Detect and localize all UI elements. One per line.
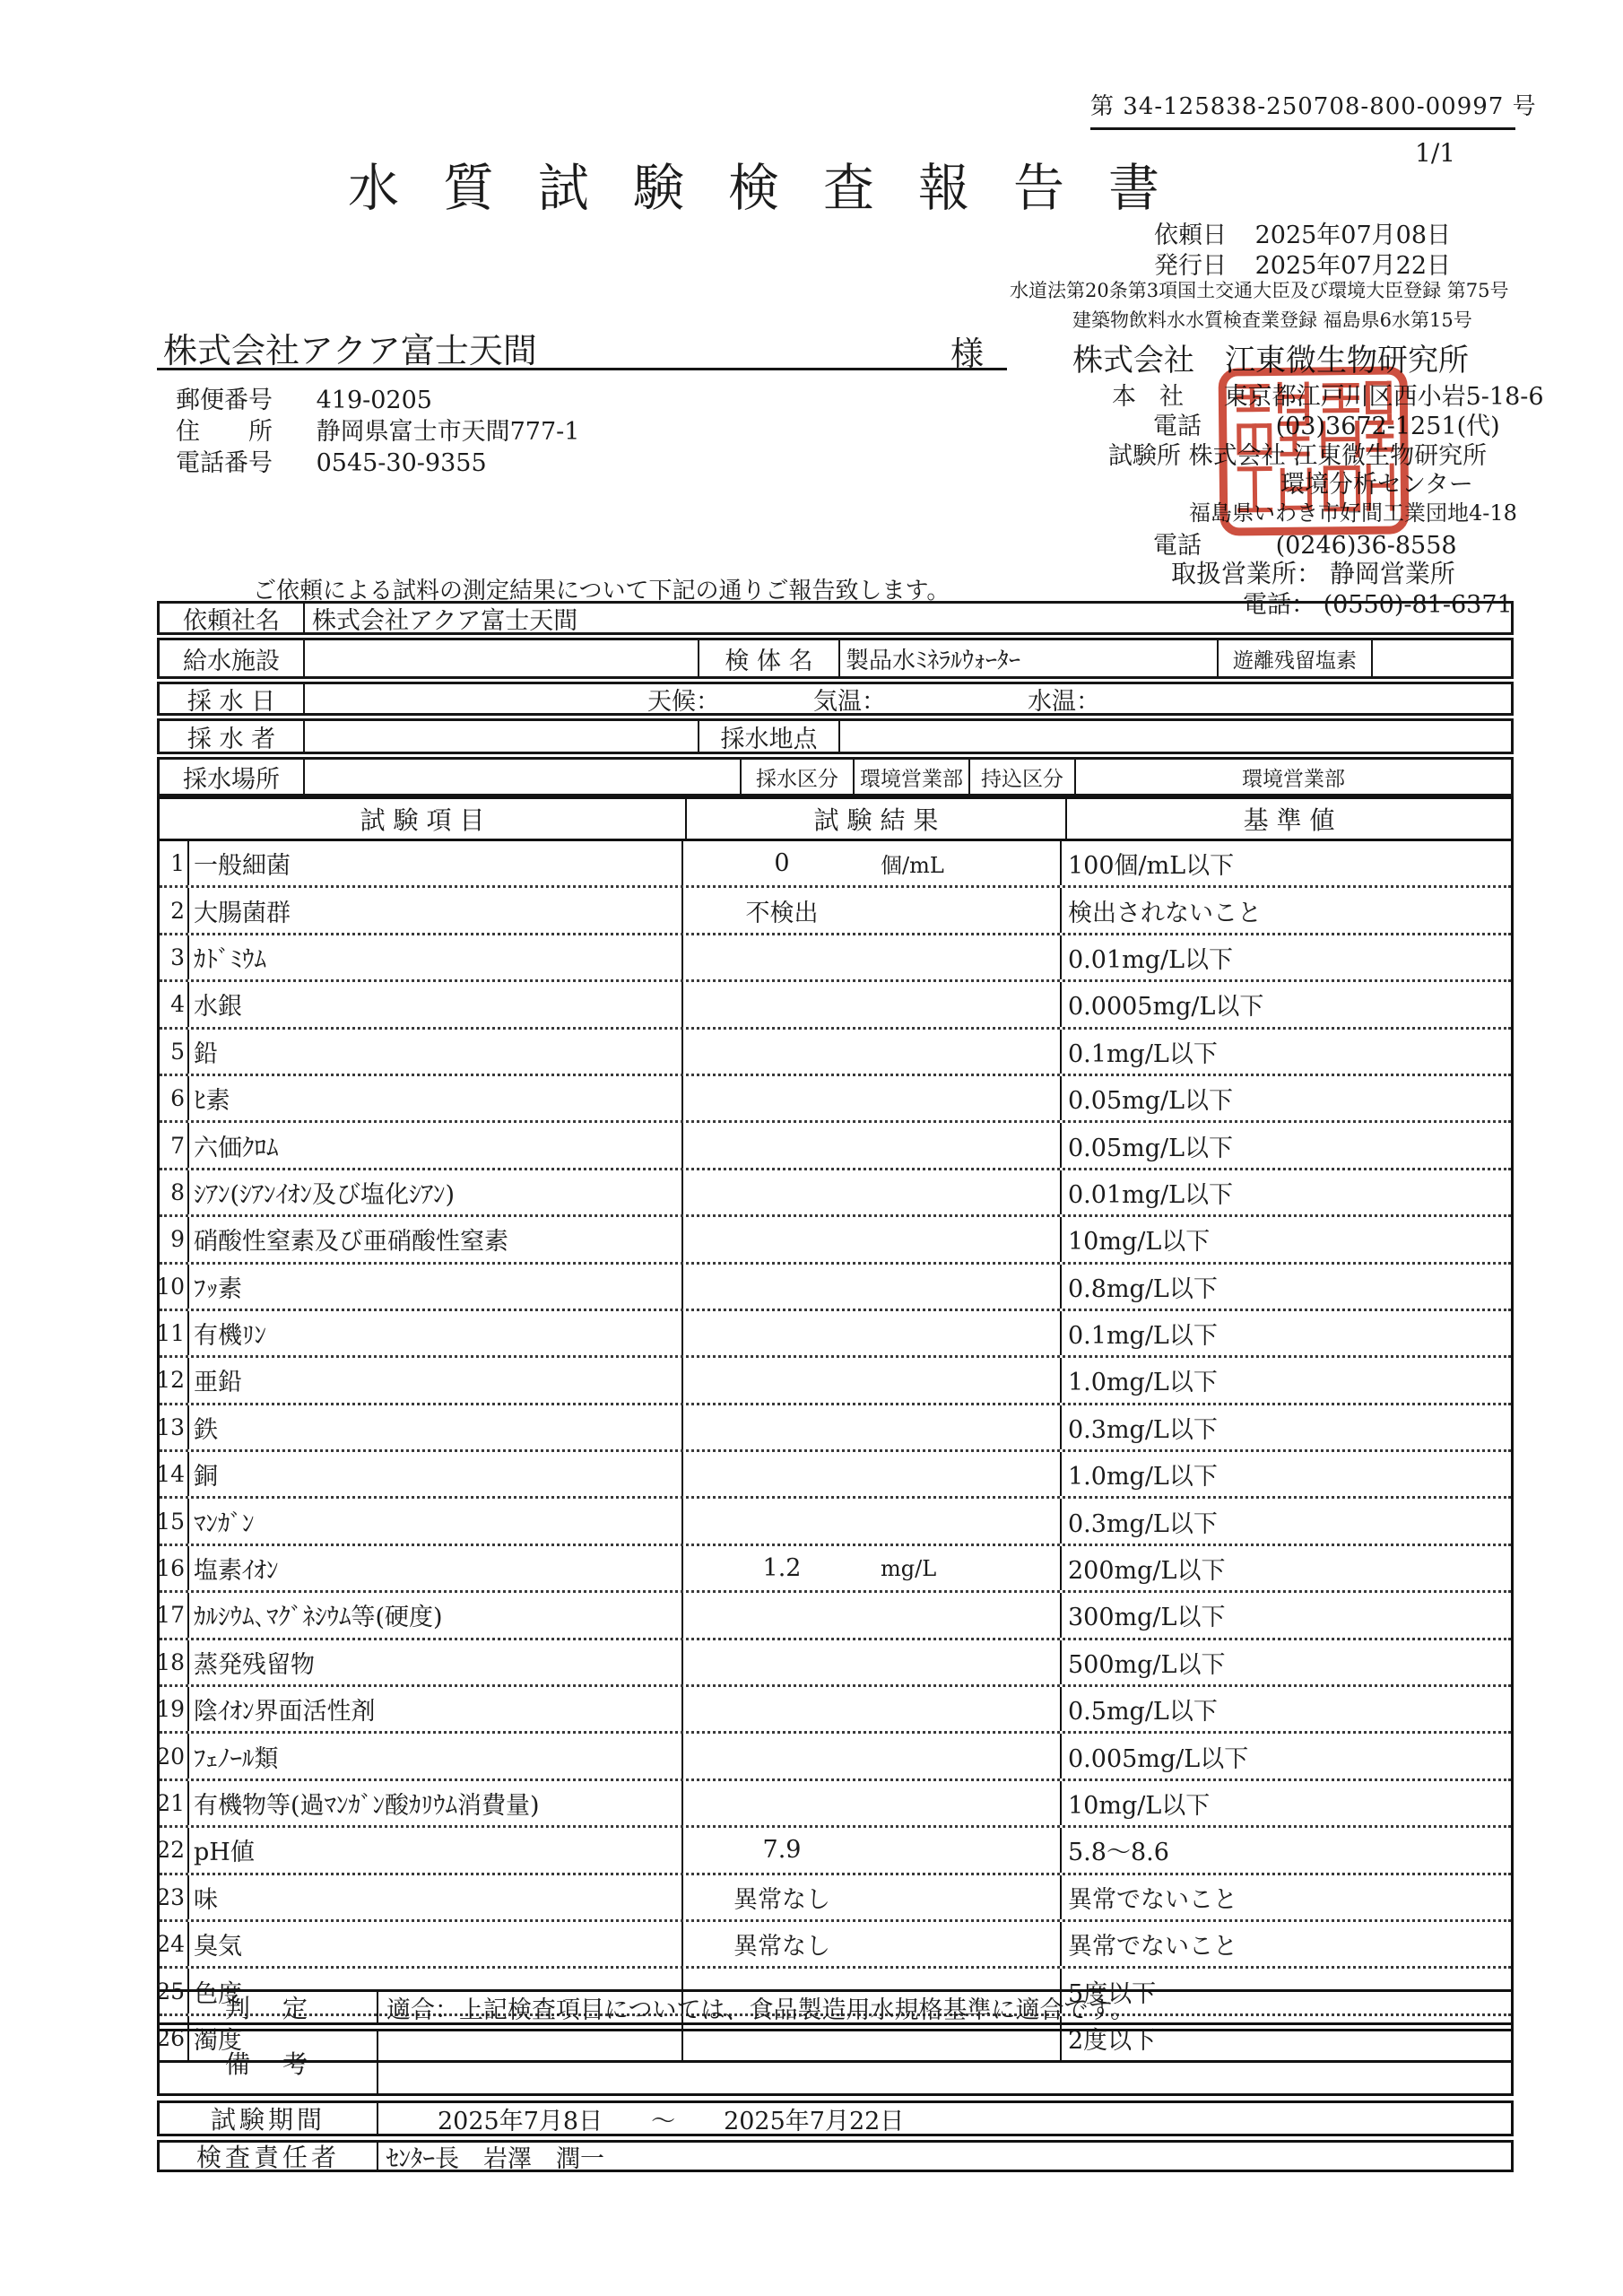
table-row: 6 ﾋ素 0.05mg/L以下 [160,1076,1511,1123]
test-period-label: 試験期間 [160,2103,378,2134]
result-value: 7.9 [683,1836,881,1864]
sample-name-label: 検 体 名 [699,640,840,676]
test-result-cell [683,1734,1062,1778]
row-number: 23 [160,1875,189,1919]
test-item-cell: 臭気 [189,1922,683,1966]
residual-chlorine-label: 遊離残留塩素 [1219,640,1373,676]
test-item-cell: 陰ｲｵﾝ界面活性剤 [189,1687,683,1731]
test-item-cell: 有機ﾘﾝ [189,1311,683,1355]
test-result-cell [683,1358,1062,1402]
result-value: 0 [683,849,881,877]
standard-value-cell: 500mg/L以下 [1062,1640,1511,1684]
residual-chlorine-value [1373,640,1511,676]
test-item-cell: 塩素ｲｵﾝ [189,1546,683,1590]
test-item-cell: 亜鉛 [189,1358,683,1402]
header-standard-value: 基 準 値 [1067,799,1511,839]
standard-value-cell: 1.0mg/L以下 [1062,1358,1511,1402]
table-row: 19 陰ｲｵﾝ界面活性剤 0.5mg/L以下 [160,1687,1511,1734]
row-number: 5 [160,1030,189,1074]
row-number: 18 [160,1640,189,1684]
standard-value-cell: 検出されないこと [1062,888,1511,932]
test-result-cell [683,1593,1062,1637]
test-result-cell [683,935,1062,979]
judgement-label: 判 定 [160,1992,378,2022]
test-result-cell [683,1687,1062,1731]
sample-info-table: 依頼社名 株式会社アクア富士天間 給水施設 検 体 名 製品水ﾐﾈﾗﾙｳｫｰﾀｰ… [157,601,1514,799]
test-item-cell: 水銀 [189,982,683,1026]
sampling-conditions: 天候： 気温： 水温： [305,684,1511,713]
client-postal-line: 郵便番号 419-0205 [176,380,432,415]
test-period-box: 試験期間 2025年7月8日 〜 2025年7月22日 [157,2100,1514,2136]
standard-value-cell: 0.3mg/L以下 [1062,1499,1511,1543]
test-result-cell [683,1405,1062,1449]
standard-value-cell: 200mg/L以下 [1062,1546,1511,1590]
standard-value-cell: 100個/mL以下 [1062,841,1511,885]
table-row: 7 六価ｸﾛﾑ 0.05mg/L以下 [160,1123,1511,1170]
standard-value-cell: 異常でないこと [1062,1922,1511,1966]
test-item-cell: ﾌｯ素 [189,1265,683,1309]
remarks-box: 備 考 [157,2029,1514,2096]
info-row-sampler: 採 水 者 採水地点 [157,718,1514,754]
test-result-cell [683,1781,1062,1825]
test-result-cell [683,1030,1062,1074]
row-number: 24 [160,1922,189,1966]
row-number: 9 [160,1217,189,1261]
document-number: 第 34-125838-250708-800-00997 号 [1090,88,1515,130]
company-seal-stamp [1217,365,1410,537]
row-number: 20 [160,1734,189,1778]
page-title: 水質試験検査報告書 [348,147,1203,221]
row-number: 4 [160,982,189,1026]
client-postal-value: 419-0205 [317,387,432,414]
row-number: 22 [160,1828,189,1872]
air-temp-label: 気温： [813,682,886,717]
row-number: 16 [160,1546,189,1590]
page-number: 1/1 [1415,138,1455,168]
judgement-value: 適合：上記検査項目については、食品製造用水規格基準に適合です。 [378,1992,1511,2022]
sample-name-value: 製品水ﾐﾈﾗﾙｳｫｰﾀｰ [840,640,1219,676]
sampling-point-label: 採水地点 [699,721,840,752]
registration-line-1: 水道法第20条第3項国土交通大臣及び環境大臣登録 第75号 [1010,276,1508,303]
test-result-cell: 0 個/mL [683,841,1062,885]
test-item-cell: 味 [189,1875,683,1919]
row-number: 17 [160,1593,189,1637]
client-phone-value: 0545-30-9355 [317,449,487,477]
table-row: 5 鉛 0.1mg/L以下 [160,1030,1511,1076]
test-item-cell: 硝酸性窒素及び亜硝酸性窒素 [189,1217,683,1261]
row-number: 8 [160,1170,189,1214]
test-result-cell [683,1217,1062,1261]
table-row: 20 ﾌｪﾉｰﾙ類 0.005mg/L以下 [160,1734,1511,1780]
table-row: 4 水銀 0.0005mg/L以下 [160,982,1511,1029]
client-phone-label: 電話番号 [176,443,308,478]
client-name-value: 株式会社アクア富士天間 [305,604,1511,632]
row-number: 7 [160,1123,189,1167]
sampling-division-value: 環境営業部 [855,760,970,794]
remarks-value [378,2031,1511,2093]
table-row: 10 ﾌｯ素 0.8mg/L以下 [160,1265,1511,1311]
row-number: 11 [160,1311,189,1355]
standard-value-cell: 0.005mg/L以下 [1062,1734,1511,1778]
table-row: 8 ｼｱﾝ(ｼｱﾝｲｵﾝ及び塩化ｼｱﾝ) 0.01mg/L以下 [160,1170,1511,1217]
standard-value-cell: 0.0005mg/L以下 [1062,982,1511,1026]
sampling-point-value [840,721,1511,752]
table-row: 23 味 異常なし 異常でないこと [160,1875,1511,1922]
inspector-box: 検査責任者 ｾﾝﾀｰ長 岩澤 潤一 [157,2140,1514,2172]
test-result-cell [683,1265,1062,1309]
test-result-cell [683,982,1062,1026]
test-result-cell: 7.9 [683,1828,1062,1872]
table-row: 12 亜鉛 1.0mg/L以下 [160,1358,1511,1405]
table-row: 9 硝酸性窒素及び亜硝酸性窒素 10mg/L以下 [160,1217,1511,1264]
standard-value-cell: 0.1mg/L以下 [1062,1030,1511,1074]
row-number: 21 [160,1781,189,1825]
test-result-table: 試 験 項 目 試 験 結 果 基 準 値 1 一般細菌 0 個/mL 100個… [157,796,1514,2063]
standard-value-cell: 0.05mg/L以下 [1062,1076,1511,1120]
table-row: 24 臭気 異常なし 異常でないこと [160,1922,1511,1969]
row-number: 10 [160,1265,189,1309]
standard-value-cell: 10mg/L以下 [1062,1217,1511,1261]
header-test-item: 試 験 項 目 [160,799,687,839]
test-item-cell: 鉄 [189,1405,683,1449]
inspector-label: 検査責任者 [160,2143,378,2170]
standard-value-cell: 0.8mg/L以下 [1062,1265,1511,1309]
table-row: 2 大腸菌群 不検出 検出されないこと [160,888,1511,935]
judgement-box: 判 定 適合：上記検査項目については、食品製造用水規格基準に適合です。 [157,1989,1514,2025]
facility-label: 給水施設 [160,640,305,676]
info-row-location: 採水場所 採水区分 環境営業部 持込区分 環境営業部 [157,757,1514,796]
sampler-label: 採 水 者 [160,721,305,752]
test-table-header: 試 験 項 目 試 験 結 果 基 準 値 [160,799,1511,841]
info-row-sampling-date: 採 水 日 天候： 気温： 水温： [157,682,1514,716]
table-row: 15 ﾏﾝｶﾞﾝ 0.3mg/L以下 [160,1499,1511,1545]
standard-value-cell: 0.05mg/L以下 [1062,1123,1511,1167]
test-item-cell: ﾏﾝｶﾞﾝ [189,1499,683,1543]
registration-line-2: 建築物飲料水水質検査業登録 福島県6水第15号 [1072,306,1472,333]
standard-value-cell: 10mg/L以下 [1062,1781,1511,1825]
result-value: 異常なし [683,1926,881,1961]
standard-value-cell: 異常でないこと [1062,1875,1511,1919]
standard-value-cell: 5.8～8.6 [1062,1828,1511,1872]
test-result-cell: 異常なし [683,1875,1062,1919]
test-item-cell: ｼｱﾝ(ｼｱﾝｲｵﾝ及び塩化ｼｱﾝ) [189,1170,683,1214]
test-item-cell: 大腸菌群 [189,888,683,932]
test-item-cell: 六価ｸﾛﾑ [189,1123,683,1167]
standard-value-cell: 1.0mg/L以下 [1062,1452,1511,1496]
sampling-division-label: 採水区分 [742,760,855,794]
test-result-cell [683,1499,1062,1543]
test-item-cell: ｶﾙｼｳﾑ､ﾏｸﾞﾈｼｳﾑ等(硬度) [189,1593,683,1637]
sampler-value [305,721,699,752]
client-name-label: 依頼社名 [160,604,305,632]
weather-label: 天候： [647,682,720,717]
test-result-cell [683,1311,1062,1355]
result-value: 1.2 [683,1554,881,1582]
test-item-cell: ｶﾄﾞﾐｳﾑ [189,935,683,979]
result-value: 異常なし [683,1880,881,1915]
client-address-label: 住 所 [176,412,308,447]
info-row-sample: 給水施設 検 体 名 製品水ﾐﾈﾗﾙｳｫｰﾀｰ 遊離残留塩素 [157,638,1514,679]
standard-value-cell: 0.5mg/L以下 [1062,1687,1511,1731]
info-row-client: 依頼社名 株式会社アクア富士天間 [157,601,1514,635]
test-item-cell: 一般細菌 [189,841,683,885]
test-period-value: 2025年7月8日 〜 2025年7月22日 [378,2103,1511,2134]
client-name-underline [157,368,1007,370]
table-row: 16 塩素ｲｵﾝ 1.2 mg/L 200mg/L以下 [160,1546,1511,1593]
standard-value-cell: 0.01mg/L以下 [1062,1170,1511,1214]
carry-division-value: 環境営業部 [1076,760,1511,794]
table-row: 13 鉄 0.3mg/L以下 [160,1405,1511,1452]
test-result-cell: 1.2 mg/L [683,1546,1062,1590]
test-item-cell: 銅 [189,1452,683,1496]
test-table-body: 1 一般細菌 0 個/mL 100個/mL以下 2 大腸菌群 不検出 検出されな… [160,841,1511,2060]
table-row: 1 一般細菌 0 個/mL 100個/mL以下 [160,841,1511,888]
report-page: 第 34-125838-250708-800-00997 号 1/1 水質試験検… [0,0,1623,2296]
standard-value-cell: 0.1mg/L以下 [1062,1311,1511,1355]
standard-value-cell: 0.01mg/L以下 [1062,935,1511,979]
standard-value-cell: 300mg/L以下 [1062,1593,1511,1637]
test-result-cell [683,1170,1062,1214]
client-company-name: 株式会社アクア富士天間 [163,323,537,372]
result-value: 不検出 [683,893,881,928]
client-postal-label: 郵便番号 [176,380,308,415]
row-number: 6 [160,1076,189,1120]
lab-testlab-label: 試験所 [1108,442,1181,470]
row-number: 19 [160,1687,189,1731]
test-item-cell: 鉛 [189,1030,683,1074]
test-result-cell [683,1076,1062,1120]
test-item-cell: 有機物等(過ﾏﾝｶﾞﾝ酸ｶﾘｳﾑ消費量) [189,1781,683,1825]
test-item-cell: 蒸発残留物 [189,1640,683,1684]
table-row: 14 銅 1.0mg/L以下 [160,1452,1511,1499]
test-result-cell [683,1452,1062,1496]
row-number: 15 [160,1499,189,1543]
remarks-label: 備 考 [160,2031,378,2093]
sampling-location-label: 採水場所 [160,760,305,794]
table-row: 17 ｶﾙｼｳﾑ､ﾏｸﾞﾈｼｳﾑ等(硬度) 300mg/L以下 [160,1593,1511,1639]
row-number: 14 [160,1452,189,1496]
table-row: 21 有機物等(過ﾏﾝｶﾞﾝ酸ｶﾘｳﾑ消費量) 10mg/L以下 [160,1781,1511,1828]
table-row: 22 pH値 7.9 5.8～8.6 [160,1828,1511,1874]
test-item-cell: pH値 [189,1828,683,1872]
row-number: 12 [160,1358,189,1402]
table-row: 11 有機ﾘﾝ 0.1mg/L以下 [160,1311,1511,1358]
row-number: 3 [160,935,189,979]
client-phone-line: 電話番号 0545-30-9355 [176,443,487,478]
test-result-cell [683,1123,1062,1167]
client-address-value: 静岡県富士市天間777-1 [317,418,580,446]
row-number: 1 [160,841,189,885]
water-temp-label: 水温： [1028,682,1100,717]
carry-division-label: 持込区分 [970,760,1076,794]
test-result-cell: 不検出 [683,888,1062,932]
result-unit: mg/L [881,1556,1060,1581]
client-address-line: 住 所 静岡県富士市天間777-1 [176,412,579,447]
standard-value-cell: 0.3mg/L以下 [1062,1405,1511,1449]
sampling-location-value [305,760,742,794]
test-result-cell [683,1640,1062,1684]
row-number: 13 [160,1405,189,1449]
table-row: 3 ｶﾄﾞﾐｳﾑ 0.01mg/L以下 [160,935,1511,982]
result-unit: 個/mL [881,848,1060,879]
row-number: 2 [160,888,189,932]
test-result-cell: 異常なし [683,1922,1062,1966]
inspector-value: ｾﾝﾀｰ長 岩澤 潤一 [378,2143,1511,2170]
facility-value [305,640,699,676]
test-item-cell: ﾌｪﾉｰﾙ類 [189,1734,683,1778]
table-row: 18 蒸発残留物 500mg/L以下 [160,1640,1511,1687]
sampling-date-label: 採 水 日 [160,684,305,713]
header-test-result: 試 験 結 果 [687,799,1067,839]
test-item-cell: ﾋ素 [189,1076,683,1120]
